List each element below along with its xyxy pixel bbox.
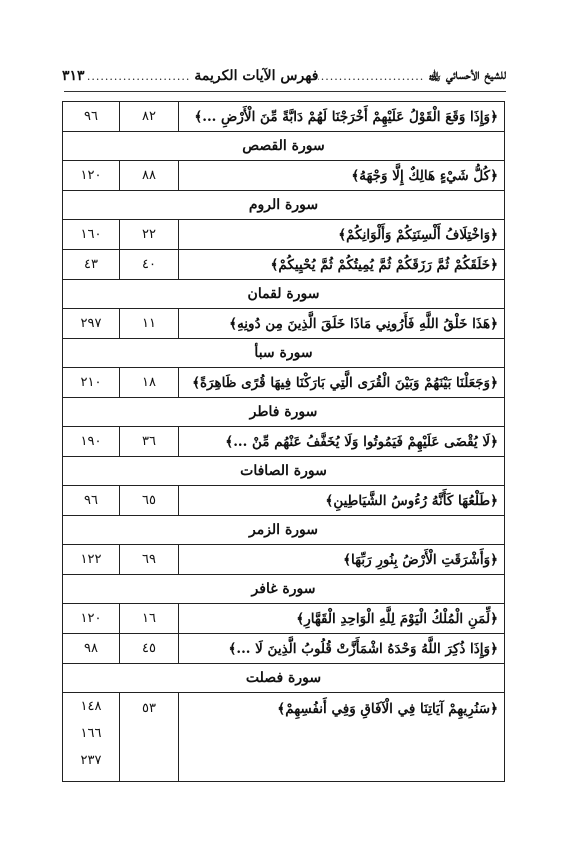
header-rule	[64, 91, 506, 92]
surah-heading: سورة الصافات	[63, 457, 505, 486]
verse-text: ﴿خَلَقَكُمْ ثُمَّ رَزَقَكُمْ ثُمَّ يُمِي…	[179, 250, 505, 280]
header-section-title: فهرس الآيات الكريمة	[194, 68, 318, 84]
verse-text: ﴿هَذَا خَلْقُ اللَّهِ فَأَرُونِي مَاذَا …	[179, 309, 505, 339]
ayah-number: ٨٨	[120, 161, 179, 191]
page-ref: ١٦٦	[81, 720, 102, 747]
table-row: ﴿طَلْعُهَا كَأَنَّهُ رُءُوسُ الشَّيَاطِي…	[63, 486, 505, 516]
verse-text: ﴿لَا يُقْضَى عَلَيْهِمْ فَيَمُوتُوا وَلَ…	[179, 427, 505, 457]
page-ref: ٩٦	[63, 486, 120, 516]
page-ref: ٢٩٧	[63, 309, 120, 339]
verse-text: ﴿كُلُّ شَيْءٍ هَالِكٌ إِلَّا وَجْهَهُ﴾	[179, 161, 505, 191]
verse-text: ﴿طَلْعُهَا كَأَنَّهُ رُءُوسُ الشَّيَاطِي…	[179, 486, 505, 516]
surah-heading-row: سورة الروم	[63, 191, 505, 220]
surah-heading-row: سورة القصص	[63, 132, 505, 161]
table-row: ﴿وَإِذَا ذُكِرَ اللَّهُ وَحْدَهُ اشْمَأَ…	[63, 634, 505, 664]
table-row: ﴿خَلَقَكُمْ ثُمَّ رَزَقَكُمْ ثُمَّ يُمِي…	[63, 250, 505, 280]
surah-heading-row: سورة فصلت	[63, 664, 505, 693]
page-ref: ٩٦	[63, 102, 120, 132]
ayah-number: ٦٥	[120, 486, 179, 516]
table-row: ﴿لِّمَنِ الْمُلْكُ الْيَوْمَ لِلَّهِ الْ…	[63, 604, 505, 634]
verse-index-table: ﴿وَإِذَا وَقَعَ الْقَوْلُ عَلَيْهِمْ أَخ…	[62, 101, 505, 782]
surah-heading-row: سورة فاطر	[63, 398, 505, 427]
page-ref: ١٩٠	[63, 427, 120, 457]
page-ref: ١٢٠	[63, 604, 120, 634]
table-row: ﴿وَجَعَلْنَا بَيْنَهُمْ وَبَيْنَ الْقُرَ…	[63, 368, 505, 398]
surah-heading: سورة الزمر	[63, 516, 505, 545]
verse-text: ﴿وَإِذَا وَقَعَ الْقَوْلُ عَلَيْهِمْ أَخ…	[179, 102, 505, 132]
ayah-number: ٥٣	[120, 693, 179, 782]
verse-text: ﴿سَنُرِيهِمْ آيَاتِنَا فِي الْآفَاقِ وَف…	[179, 693, 505, 782]
header-leader-dots: ........................................…	[318, 70, 428, 83]
table-row: ﴿وَاخْتِلَافُ أَلْسِنَتِكُمْ وَأَلْوَانِ…	[63, 220, 505, 250]
surah-heading: سورة الروم	[63, 191, 505, 220]
ayah-number: ٢٢	[120, 220, 179, 250]
page-ref: ١٤٨	[81, 693, 102, 720]
page-ref: ٩٨	[63, 634, 120, 664]
ayah-number: ٦٩	[120, 545, 179, 575]
page-ref: ٢١٠	[63, 368, 120, 398]
page-ref: ٤٣	[63, 250, 120, 280]
table-row: ﴿هَذَا خَلْقُ اللَّهِ فَأَرُونِي مَاذَا …	[63, 309, 505, 339]
surah-heading-row: سورة الصافات	[63, 457, 505, 486]
header-leader-dots: ........................................…	[85, 70, 195, 83]
page-ref: ١٦٠	[63, 220, 120, 250]
verse-text: ﴿وَجَعَلْنَا بَيْنَهُمْ وَبَيْنَ الْقُرَ…	[179, 368, 505, 398]
surah-heading: سورة فصلت	[63, 664, 505, 693]
table-row: ﴿وَإِذَا وَقَعَ الْقَوْلُ عَلَيْهِمْ أَخ…	[63, 102, 505, 132]
running-header: للشيخ الأحسائي ﵀ .......................…	[62, 64, 506, 88]
page-ref-list: ١٤٨ ١٦٦ ٢٣٧	[63, 693, 120, 782]
header-author: للشيخ الأحسائي ﵀	[428, 66, 506, 86]
ayah-number: ٨٢	[120, 102, 179, 132]
surah-heading: سورة لقمان	[63, 280, 505, 309]
table-row: ﴿وَأَشْرَقَتِ الْأَرْضُ بِنُورِ رَبِّهَا…	[63, 545, 505, 575]
ayah-number: ٣٦	[120, 427, 179, 457]
page-ref: ١٢٢	[63, 545, 120, 575]
table-row: ﴿لَا يُقْضَى عَلَيْهِمْ فَيَمُوتُوا وَلَ…	[63, 427, 505, 457]
surah-heading: سورة القصص	[63, 132, 505, 161]
surah-heading-row: سورة الزمر	[63, 516, 505, 545]
surah-heading: سورة غافر	[63, 575, 505, 604]
surah-heading: سورة فاطر	[63, 398, 505, 427]
verse-text: ﴿لِّمَنِ الْمُلْكُ الْيَوْمَ لِلَّهِ الْ…	[179, 604, 505, 634]
table-row: ﴿سَنُرِيهِمْ آيَاتِنَا فِي الْآفَاقِ وَف…	[63, 693, 505, 782]
verse-text: ﴿وَإِذَا ذُكِرَ اللَّهُ وَحْدَهُ اشْمَأَ…	[179, 634, 505, 664]
ayah-number: ٤٠	[120, 250, 179, 280]
page-ref: ١٢٠	[63, 161, 120, 191]
surah-heading-row: سورة غافر	[63, 575, 505, 604]
ayah-number: ١٦	[120, 604, 179, 634]
page-ref: ٢٣٧	[81, 747, 102, 774]
surah-heading: سورة سبأ	[63, 339, 505, 368]
ayah-number: ١١	[120, 309, 179, 339]
surah-heading-row: سورة لقمان	[63, 280, 505, 309]
table-row: ﴿كُلُّ شَيْءٍ هَالِكٌ إِلَّا وَجْهَهُ﴾ ٨…	[63, 161, 505, 191]
verse-text: ﴿وَأَشْرَقَتِ الْأَرْضُ بِنُورِ رَبِّهَا…	[179, 545, 505, 575]
page-number: ٣١٣	[62, 68, 85, 84]
verse-text: ﴿وَاخْتِلَافُ أَلْسِنَتِكُمْ وَأَلْوَانِ…	[179, 220, 505, 250]
surah-heading-row: سورة سبأ	[63, 339, 505, 368]
ayah-number: ٤٥	[120, 634, 179, 664]
ayah-number: ١٨	[120, 368, 179, 398]
